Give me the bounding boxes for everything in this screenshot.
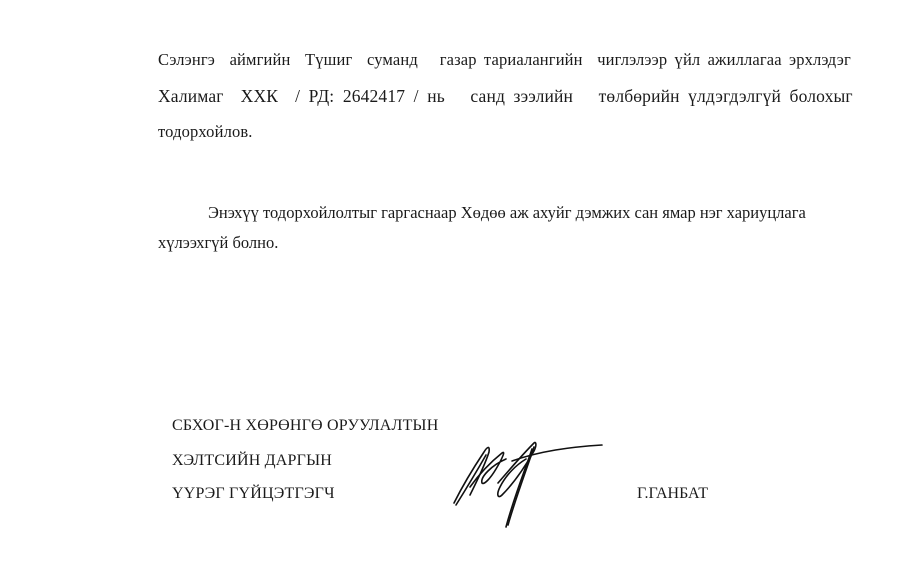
signer-name: Г.ГАНБАТ	[637, 484, 708, 504]
signer-title-line: ХЭЛТСИЙН ДАРГЫН	[172, 451, 332, 471]
paragraph-line: тодорхойлов.	[158, 122, 253, 142]
paragraph-line: Энэхүү тодорхойлолтыг гаргаснаар Хөдөө а…	[208, 203, 806, 223]
paragraph-line: Халимаг ХХК / РД: 2642417 / нь санд зээл…	[158, 86, 853, 106]
paragraph-line: Сэлэнгэ аймгийн Түшиг суманд газар тариа…	[158, 50, 851, 70]
paragraph-line: хүлээхгүй болно.	[158, 233, 278, 253]
signer-title-line: СБХОГ-Н ХӨРӨНГӨ ОРУУЛАЛТЫН	[172, 416, 438, 436]
signature-icon	[440, 425, 620, 535]
signer-title-line: ҮҮРЭГ ГҮЙЦЭТГЭГЧ	[172, 484, 335, 504]
